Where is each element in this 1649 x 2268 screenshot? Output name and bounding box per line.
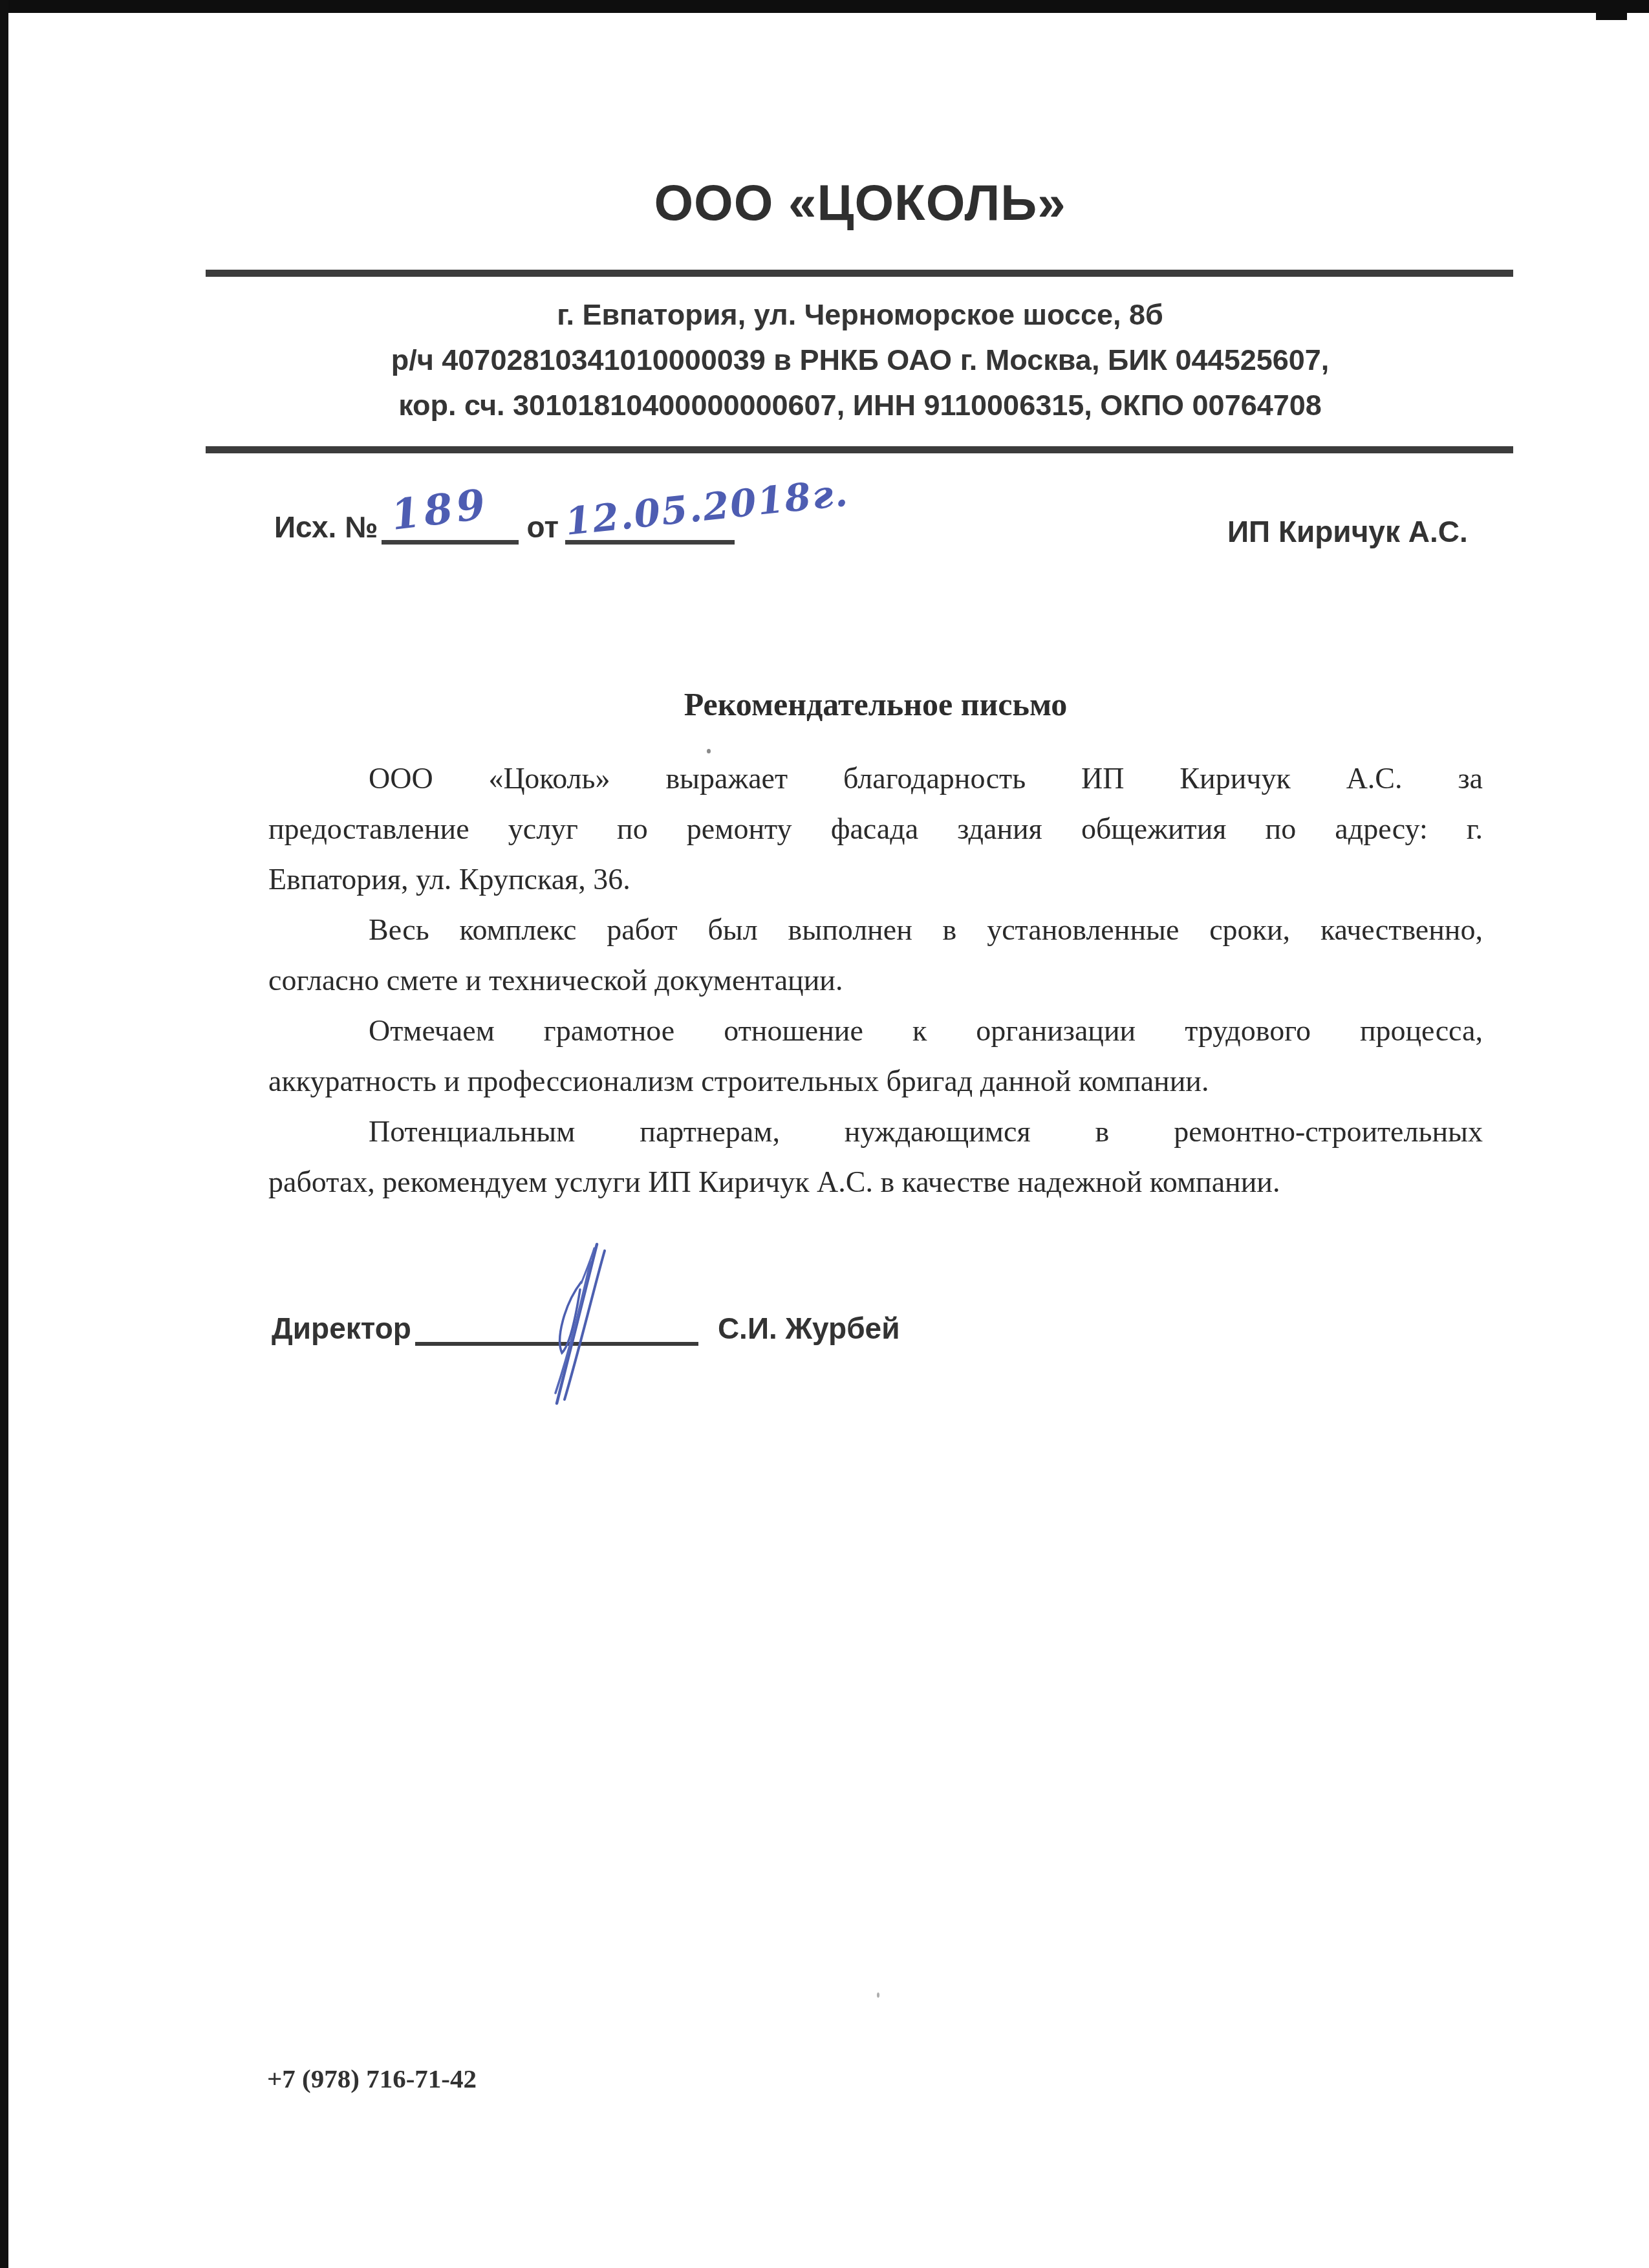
outgoing-number-blank: 189 xyxy=(382,506,519,545)
date-blank: 12.05.2018г. xyxy=(565,506,735,545)
corr-account-line: кор. сч. 30101810400000000607, ИНН 91100… xyxy=(207,383,1513,428)
paragraph-line: согласно смете и технической документаци… xyxy=(268,955,1483,1006)
date-handwritten: 12.05.2018г. xyxy=(563,470,851,544)
company-name: ООО «ЦОКОЛЬ» xyxy=(207,173,1513,232)
reference-line: Исх. № 189 от 12.05.2018г. xyxy=(274,506,735,545)
paragraph-line: Евпатория, ул. Крупская, 36. xyxy=(268,854,1483,905)
address-line: г. Евпатория, ул. Черноморское шоссе, 8б xyxy=(207,292,1513,338)
letterhead-divider-top xyxy=(206,270,1513,277)
paragraph-line: работах, рекомендуем услуги ИП Киричук А… xyxy=(268,1157,1483,1207)
signer-name: С.И. Журбей xyxy=(718,1311,900,1346)
letterhead-divider-bottom xyxy=(206,446,1513,453)
paragraph-line: аккуратность и профессионализм строитель… xyxy=(268,1056,1483,1107)
letter-title: Рекомендательное письмо xyxy=(268,686,1483,723)
paragraph-line: Отмечаем грамотное отношение к организац… xyxy=(268,1006,1483,1056)
scan-speck xyxy=(707,749,711,753)
paragraph-line: Потенциальным партнерам, нуждающимся в р… xyxy=(268,1107,1483,1157)
letter-body: ООО «Цоколь» выражает благодарность ИП К… xyxy=(268,753,1483,1207)
date-from-label: от xyxy=(526,510,558,545)
paragraph-line: ООО «Цоколь» выражает благодарность ИП К… xyxy=(268,753,1483,804)
paragraph-line: Весь комплекс работ был выполнен в устан… xyxy=(268,905,1483,955)
addressee-name: ИП Киричук А.С. xyxy=(1227,514,1468,549)
director-label: Директор xyxy=(272,1311,411,1346)
letterhead-details: г. Евпатория, ул. Черноморское шоссе, 8б… xyxy=(207,292,1513,428)
scan-edge-top-notch xyxy=(1596,0,1627,20)
scan-edge-left xyxy=(0,0,8,2268)
scan-speck xyxy=(877,1993,879,1998)
handwritten-signature xyxy=(514,1242,634,1407)
bank-account-line: р/ч 40702810341010000039 в РНКБ ОАО г. М… xyxy=(207,338,1513,383)
outgoing-number-handwritten: 189 xyxy=(389,480,492,540)
outgoing-number-label: Исх. № xyxy=(274,510,378,545)
scanned-letter-page: ООО «ЦОКОЛЬ» г. Евпатория, ул. Черноморс… xyxy=(0,0,1649,2268)
scan-edge-top xyxy=(0,0,1649,13)
paragraph-line: предоставление услуг по ремонту фасада з… xyxy=(268,804,1483,854)
phone-number: +7 (978) 716-71-42 xyxy=(267,2063,477,2094)
